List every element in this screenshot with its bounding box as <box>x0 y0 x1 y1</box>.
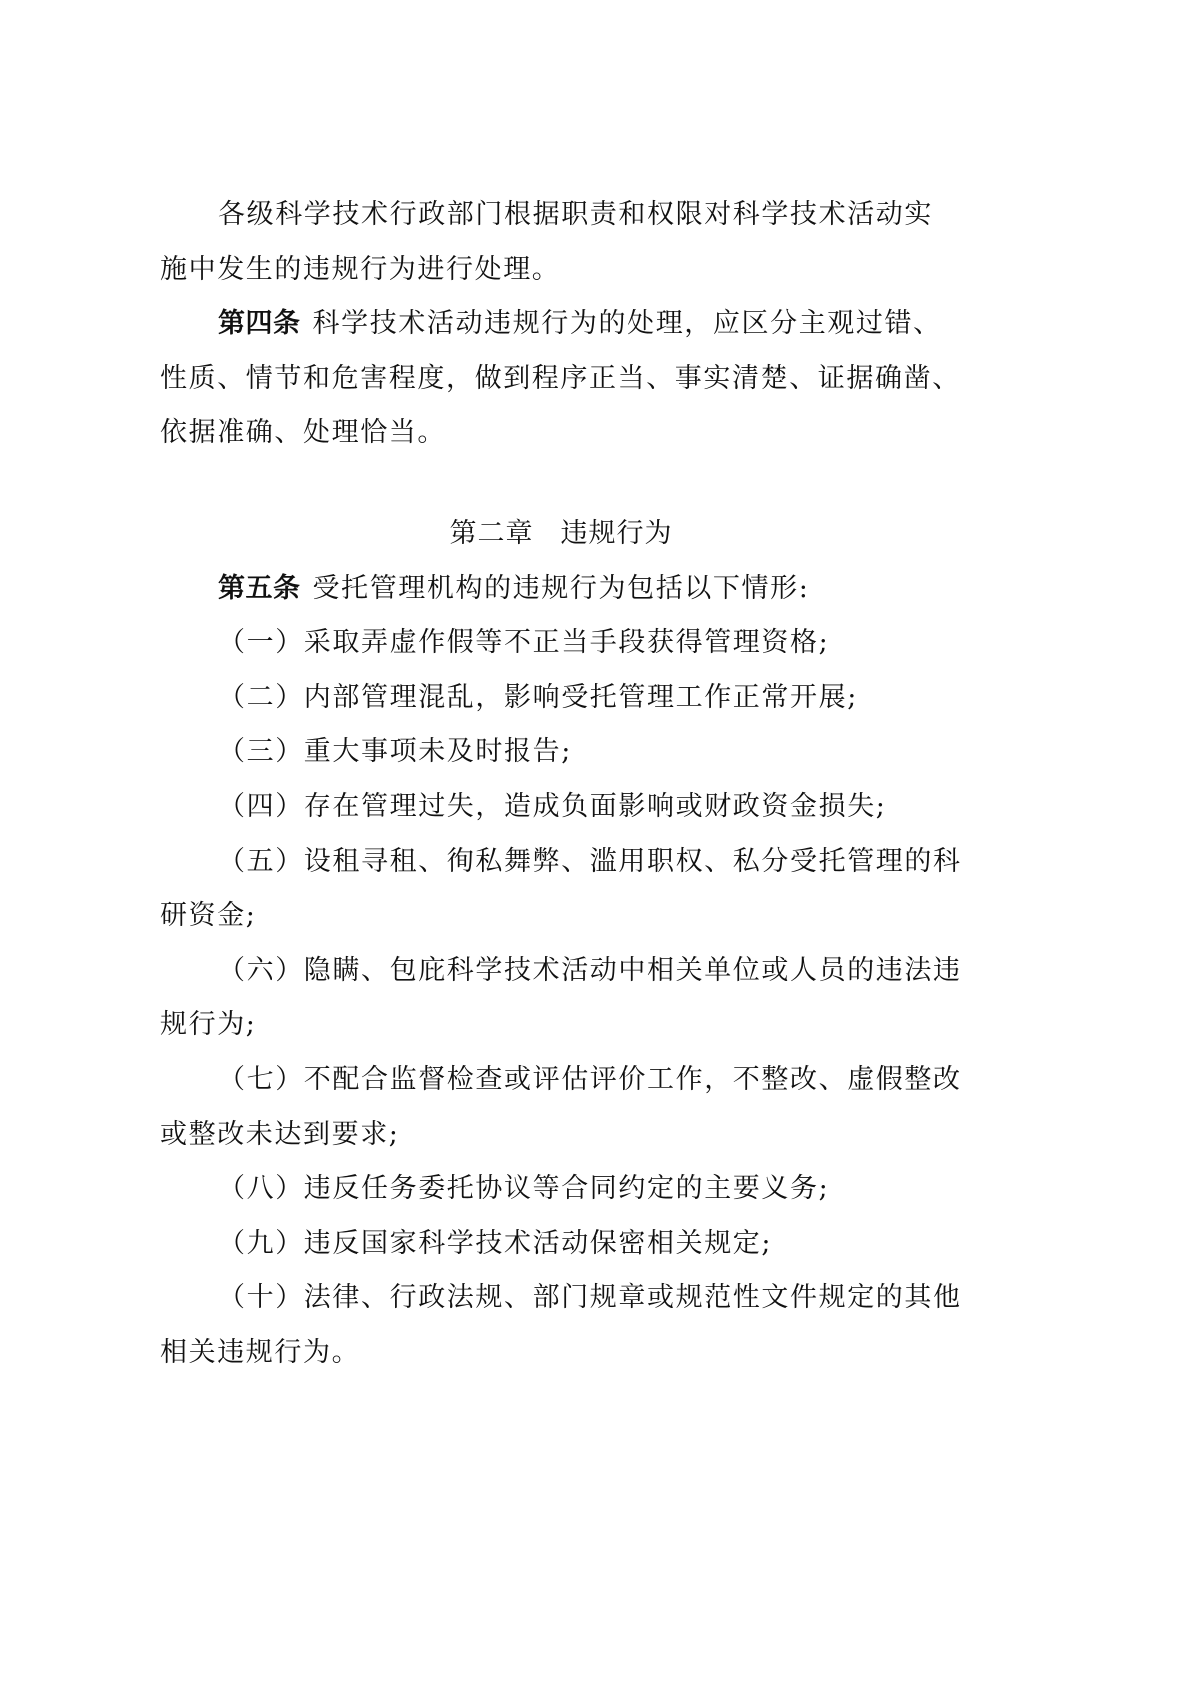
list-item-2: （二）内部管理混乱，影响受托管理工作正常开展; <box>160 675 962 730</box>
text-line: 性质、情节和危害程度，做到程序正当、事实清楚、证据确凿、 <box>160 356 962 411</box>
list-item-7: （七）不配合监督检查或评估评价工作，不整改、虚假整改 <box>160 1057 962 1112</box>
list-item-10-continuation: 相关违规行为。 <box>160 1330 962 1385</box>
list-item-6: （六）隐瞒、包庇科学技术活动中相关单位或人员的违法违 <box>160 948 962 1003</box>
text-line: 施中发生的违规行为进行处理。 <box>160 247 962 302</box>
list-item-4: （四）存在管理过失，造成负面影响或财政资金损失; <box>160 784 962 839</box>
paragraph-article3-continuation: 各级科学技术行政部门根据职责和权限对科学技术活动实 施中发生的违规行为进行处理。 <box>160 192 962 301</box>
article-number: 第四条 <box>218 308 301 339</box>
chapter-heading: 第二章违规行为 <box>160 511 962 566</box>
list-item-5: （五）设租寻租、徇私舞弊、滥用职权、私分受托管理的科 <box>160 839 962 894</box>
list-item-10: （十）法律、行政法规、部门规章或规范性文件规定的其他 <box>160 1275 962 1330</box>
article-text: 科学技术活动违规行为的处理，应区分主观过错、 <box>313 308 942 339</box>
paragraph-article4: 第四条科学技术活动违规行为的处理，应区分主观过错、 性质、情节和危害程度，做到程… <box>160 301 962 465</box>
document-page: 各级科学技术行政部门根据职责和权限对科学技术活动实 施中发生的违规行为进行处理。… <box>0 0 1191 1684</box>
text-line: 第五条受托管理机构的违规行为包括以下情形: <box>160 566 962 621</box>
list-item-6-continuation: 规行为; <box>160 1002 962 1057</box>
text-line: 各级科学技术行政部门根据职责和权限对科学技术活动实 <box>160 192 962 247</box>
list-item-1: （一）采取弄虚作假等不正当手段获得管理资格; <box>160 620 962 675</box>
document-body: 各级科学技术行政部门根据职责和权限对科学技术活动实 施中发生的违规行为进行处理。… <box>160 192 962 1384</box>
text-line: 依据准确、处理恰当。 <box>160 410 962 465</box>
chapter-title: 违规行为 <box>561 518 673 549</box>
list-item-7-continuation: 或整改未达到要求; <box>160 1112 962 1167</box>
article-number: 第五条 <box>218 573 301 604</box>
list-item-8: （八）违反任务委托协议等合同约定的主要义务; <box>160 1166 962 1221</box>
chapter-number: 第二章 <box>450 518 534 549</box>
list-item-9: （九）违反国家科学技术活动保密相关规定; <box>160 1221 962 1276</box>
paragraph-article5: 第五条受托管理机构的违规行为包括以下情形: （一）采取弄虚作假等不正当手段获得管… <box>160 566 962 1385</box>
text-line: 第四条科学技术活动违规行为的处理，应区分主观过错、 <box>160 301 962 356</box>
article-text: 受托管理机构的违规行为包括以下情形: <box>313 573 810 604</box>
list-item-3: （三）重大事项未及时报告; <box>160 729 962 784</box>
list-item-5-continuation: 研资金; <box>160 893 962 948</box>
